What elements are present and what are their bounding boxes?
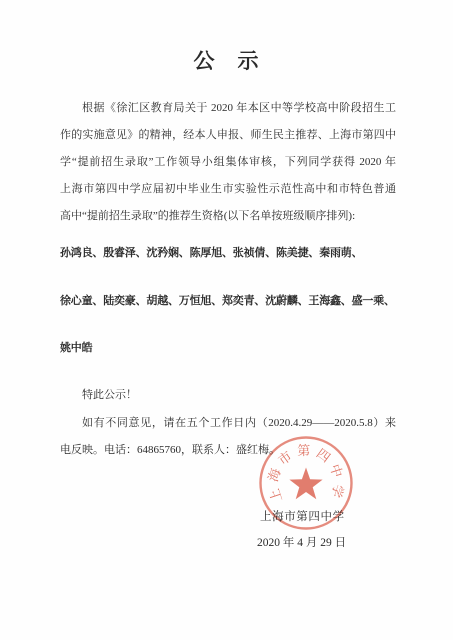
intro-line: 高中“提前招生录取”的推荐生资格(以下名单按班级顺序排列):	[60, 203, 396, 230]
official-seal: 上海市第四中学	[256, 434, 360, 538]
closing-statement: 特此公示！	[60, 382, 396, 409]
name-line: 姚中皓	[60, 325, 402, 373]
intro-line: 根据《徐汇区教育局关于 2020 年本区中等学校高中阶段招生工	[60, 95, 396, 122]
page-title: 公 示	[0, 48, 453, 74]
feedback-line: 如有不同意见，请在五个工作日内（2020.4.29——2020.5.8）来	[60, 410, 396, 437]
notice-document: 公 示 根据《徐汇区教育局关于 2020 年本区中等学校高中阶段招生工 作的实施…	[0, 0, 453, 640]
intro-paragraph: 根据《徐汇区教育局关于 2020 年本区中等学校高中阶段招生工 作的实施意见》的…	[60, 95, 396, 230]
red-star-icon	[289, 468, 322, 500]
name-line: 孙鸿良、殷睿泽、沈矜娴、陈厚旭、张祯倩、陈美捷、秦雨萌、	[60, 230, 402, 278]
student-name-list: 孙鸿良、殷睿泽、沈矜娴、陈厚旭、张祯倩、陈美捷、秦雨萌、 徐心童、陆奕豪、胡越、…	[60, 230, 402, 373]
intro-line: 作的实施意见》的精神，经本人申报、师生民主推荐、上海市第四中	[60, 122, 396, 149]
intro-line: 学“提前招生录取”工作领导小组集体审核，下列同学获得 2020 年	[60, 149, 396, 176]
name-line: 徐心童、陆奕豪、胡越、万恒旭、郑奕青、沈蔚麟、王海鑫、盛一乘、	[60, 278, 402, 326]
intro-line: 上海市第四中学应届初中毕业生市实验性示范性高中和市特色普通	[60, 176, 396, 203]
